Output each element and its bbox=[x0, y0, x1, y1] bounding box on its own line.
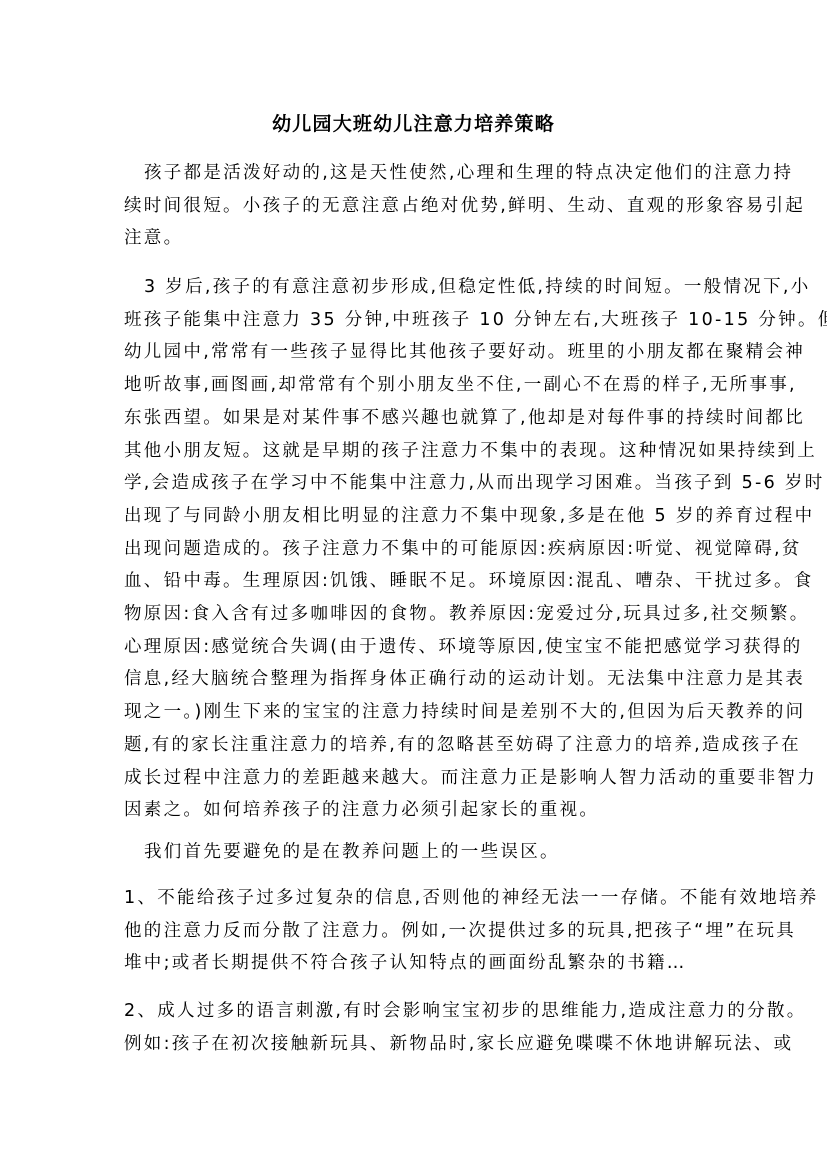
text-line: 信息,经大脑统合整理为指挥身体正确行动的运动计划。无法集中注意力是其表 bbox=[124, 663, 714, 696]
text-line: 3 岁后,孩子的有意注意初步形成,但稳定性低,持续的时间短。一般情况下,小 bbox=[124, 271, 714, 304]
text-line: 注意。 bbox=[124, 222, 714, 255]
text-line: 东张西望。如果是对某件事不感兴趣也就算了,他却是对每件事的持续时间都比 bbox=[124, 402, 714, 435]
text-line: 我们首先要避免的是在教养问题上的一些误区。 bbox=[124, 836, 714, 869]
text-line: 成长过程中注意力的差距越来越大。而注意力正是影响人智力活动的重要非智力 bbox=[124, 762, 714, 795]
text-line: 物原因:食入含有过多咖啡因的食物。教养原因:宠爱过分,玩具过多,社交频繁。 bbox=[124, 598, 714, 631]
text-line: 其他小朋友短。这就是早期的孩子注意力不集中的表现。这种情况如果持续到上 bbox=[124, 435, 714, 468]
document-page: 幼儿园大班幼儿注意力培养策略 孩子都是活泼好动的,这是天性使然,心理和生理的特点… bbox=[0, 0, 827, 1170]
text-line: 出现问题造成的。孩子注意力不集中的可能原因:疾病原因:听觉、视觉障碍,贫 bbox=[124, 533, 714, 566]
text-line: 地听故事,画图画,却常常有个别小朋友坐不住,一副心不在焉的样子,无所事事, bbox=[124, 369, 714, 402]
text-line: 出现了与同龄小朋友相比明显的注意力不集中现象,多是在他 5 岁的养育过程中 bbox=[124, 500, 714, 533]
text-line: 血、铅中毒。生理原因:饥饿、睡眠不足。环境原因:混乱、嘈杂、干扰过多。食 bbox=[124, 565, 714, 598]
text-line: 例如:孩子在初次接触新玩具、新物品时,家长应避免喋喋不休地讲解玩法、或 bbox=[124, 1028, 714, 1061]
text-line: 1、不能给孩子过多过复杂的信息,否则他的神经无法一一存储。不能有效地培养 bbox=[124, 882, 714, 915]
text-line: 现之一。)刚生下来的宝宝的注意力持续时间是差别不大的,但因为后天教养的问 bbox=[124, 696, 714, 729]
text-line: 堆中;或者长期提供不符合孩子认知特点的画面纷乱繁杂的书籍… bbox=[124, 947, 714, 980]
list-item-1: 1、不能给孩子过多过复杂的信息,否则他的神经无法一一存储。不能有效地培养 他的注… bbox=[124, 882, 714, 980]
paragraph-misconceptions-intro: 我们首先要避免的是在教养问题上的一些误区。 bbox=[124, 836, 714, 869]
text-line: 续时间很短。小孩子的无意注意占绝对优势,鲜明、生动、直观的形象容易引起 bbox=[124, 190, 714, 223]
text-line: 孩子都是活泼好动的,这是天性使然,心理和生理的特点决定他们的注意力持 bbox=[124, 157, 714, 190]
text-line: 幼儿园中,常常有一些孩子显得比其他孩子要好动。班里的小朋友都在聚精会神 bbox=[124, 336, 714, 369]
text-line: 因素之。如何培养孩子的注意力必须引起家长的重视。 bbox=[124, 794, 714, 827]
paragraph-attention-development: 3 岁后,孩子的有意注意初步形成,但稳定性低,持续的时间短。一般情况下,小 班孩… bbox=[124, 271, 714, 827]
text-line: 心理原因:感觉统合失调(由于遗传、环境等原因,使宝宝不能把感觉学习获得的 bbox=[124, 631, 714, 664]
list-item-2: 2、成人过多的语言刺激,有时会影响宝宝初步的思维能力,造成注意力的分散。 例如:… bbox=[124, 995, 714, 1060]
document-title: 幼儿园大班幼儿注意力培养策略 bbox=[0, 110, 827, 138]
text-line: 他的注意力反而分散了注意力。例如,一次提供过多的玩具,把孩子“埋”在玩具 bbox=[124, 915, 714, 948]
paragraph-intro: 孩子都是活泼好动的,这是天性使然,心理和生理的特点决定他们的注意力持 续时间很短… bbox=[124, 157, 714, 255]
text-line: 班孩子能集中注意力 35 分钟,中班孩子 10 分钟左右,大班孩子 10-15 … bbox=[124, 304, 714, 337]
text-line: 学,会造成孩子在学习中不能集中注意力,从而出现学习困难。当孩子到 5-6 岁时 bbox=[124, 467, 714, 500]
text-line: 题,有的家长注重注意力的培养,有的忽略甚至妨碍了注意力的培养,造成孩子在 bbox=[124, 729, 714, 762]
text-line: 2、成人过多的语言刺激,有时会影响宝宝初步的思维能力,造成注意力的分散。 bbox=[124, 995, 714, 1028]
